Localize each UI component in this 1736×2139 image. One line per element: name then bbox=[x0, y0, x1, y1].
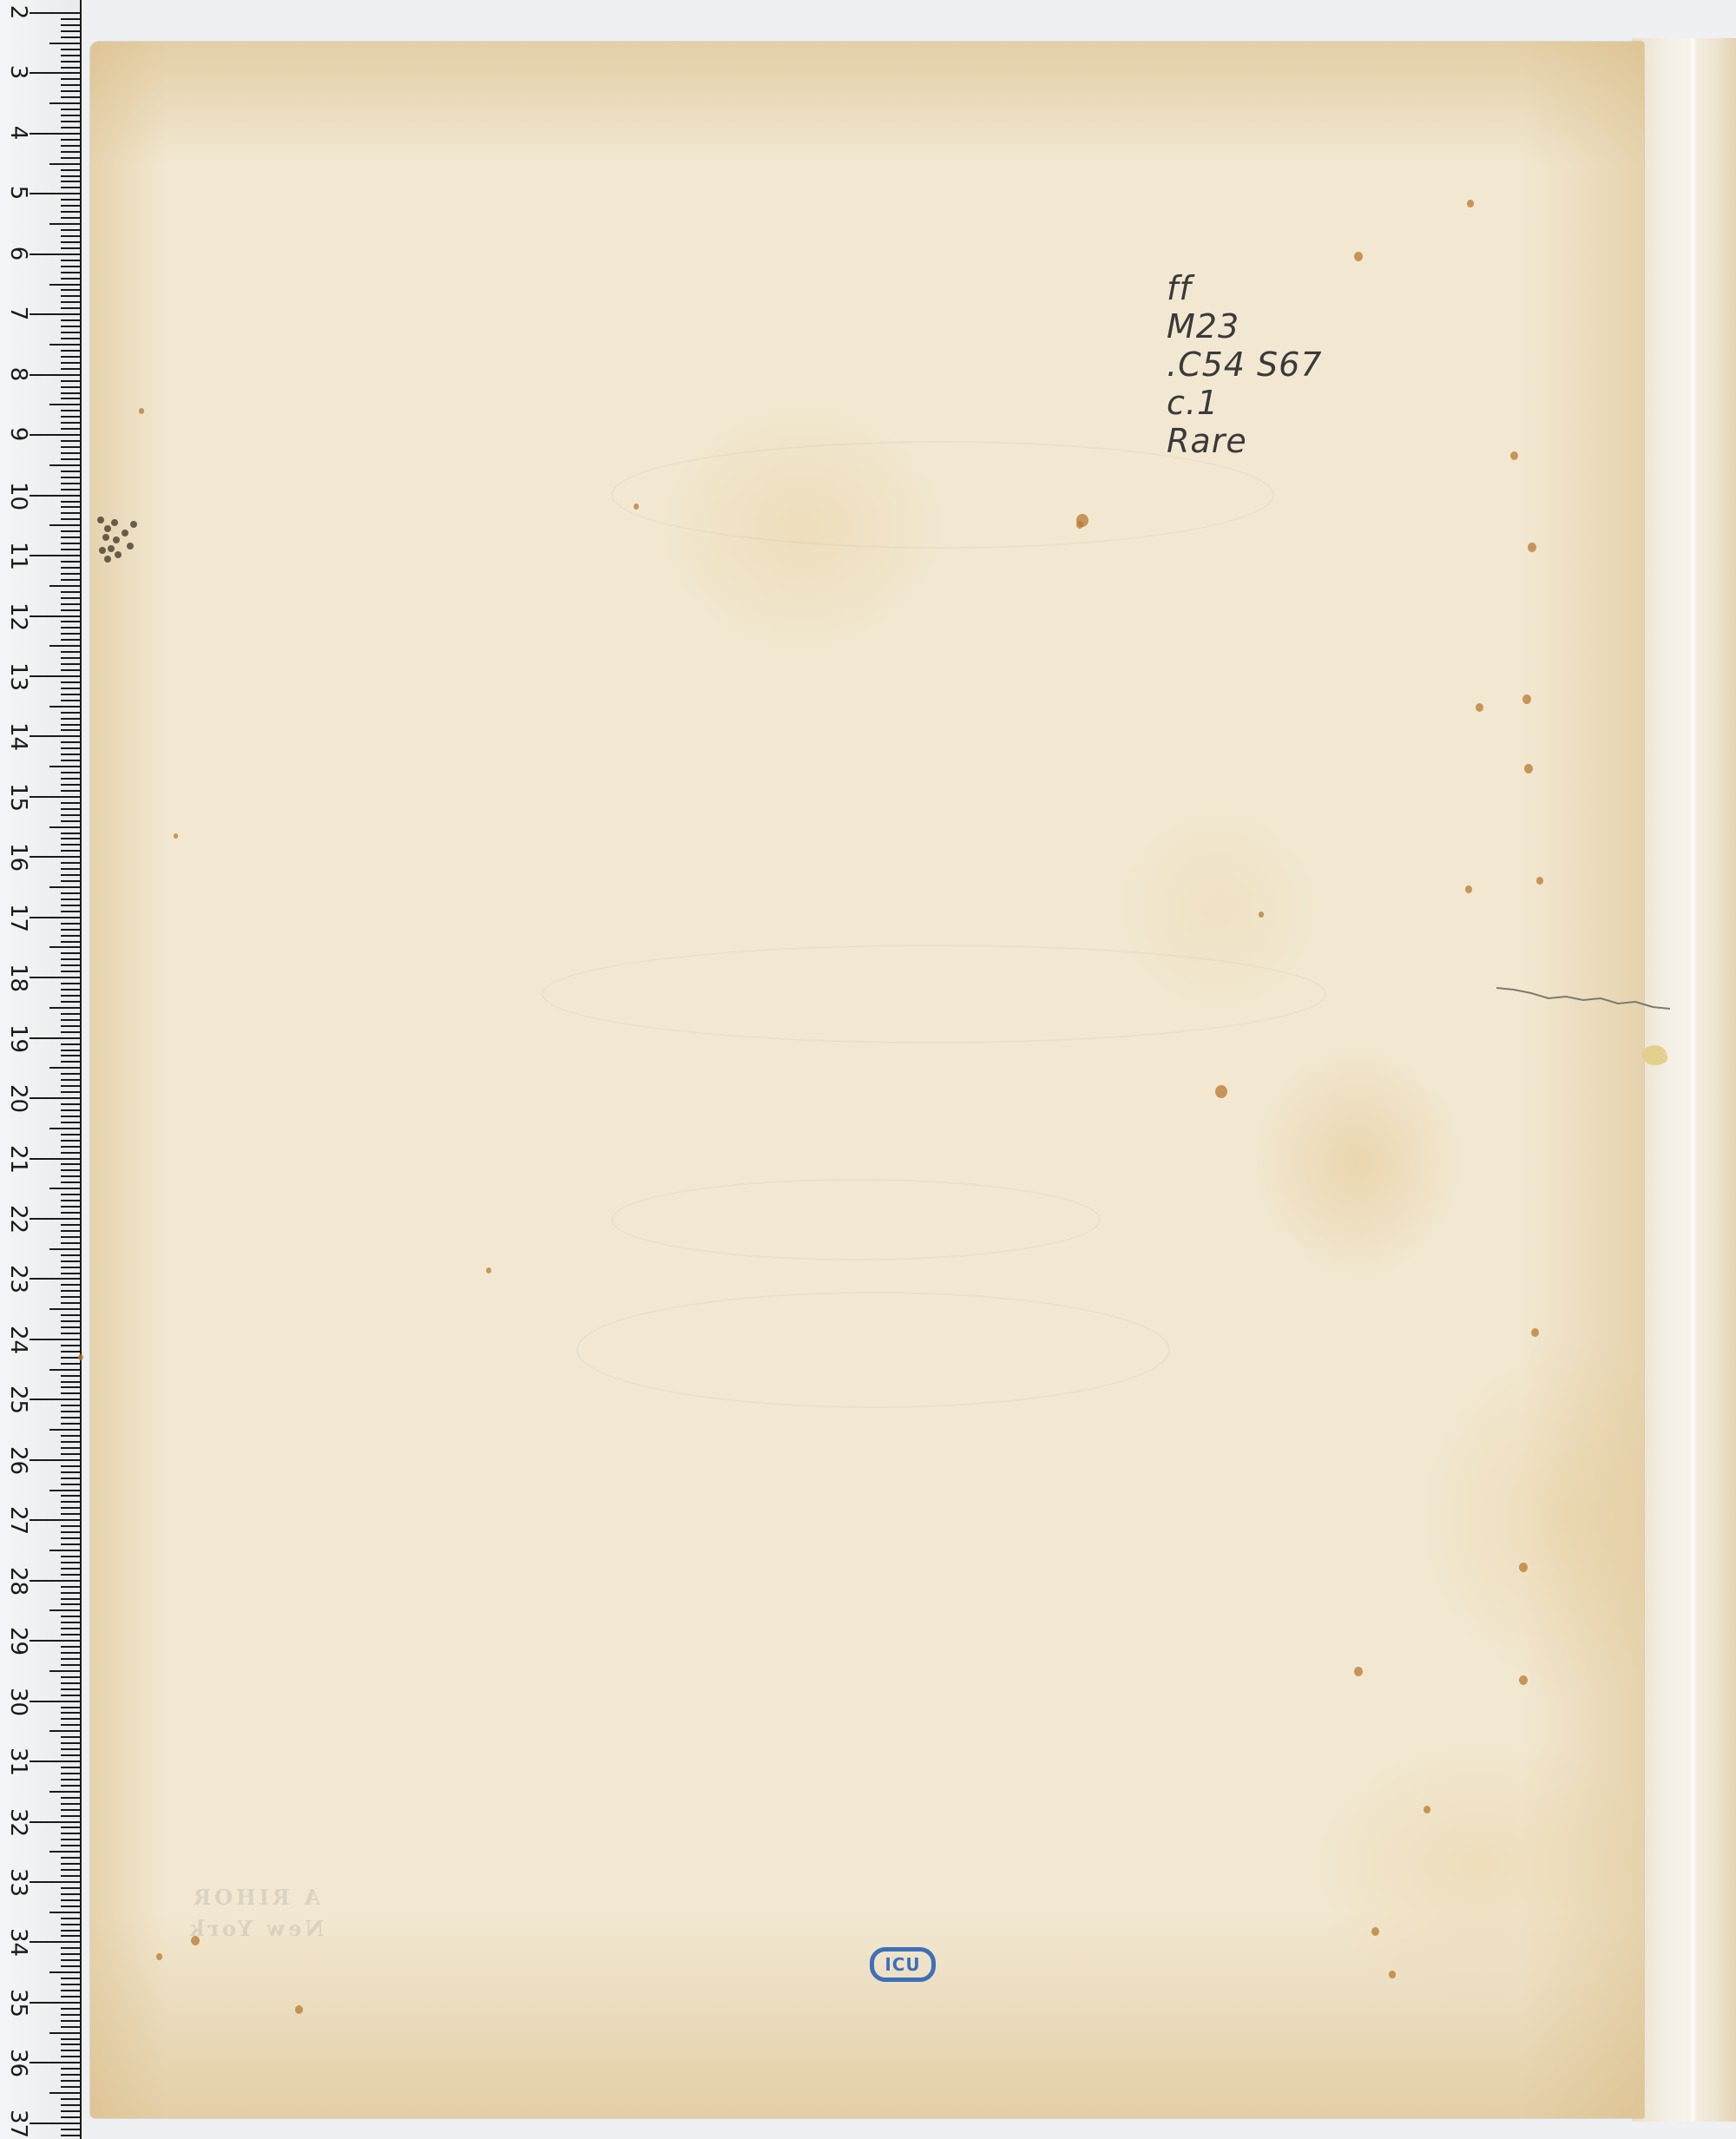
ruler-tick bbox=[61, 1357, 80, 1359]
ruler-tick bbox=[61, 1484, 80, 1485]
ruler-tick bbox=[61, 2104, 80, 2106]
ruler-tick bbox=[61, 1333, 80, 1334]
ruler-tick bbox=[61, 657, 80, 659]
ruler-tick bbox=[61, 326, 80, 327]
ruler-tick bbox=[61, 1537, 80, 1539]
ruler-tick bbox=[61, 1242, 80, 1244]
ruler-tick bbox=[61, 67, 80, 69]
ruler-tick bbox=[49, 1067, 80, 1069]
ruler-tick bbox=[30, 1459, 80, 1461]
ruler-tick bbox=[49, 1730, 80, 1732]
ruler-tick bbox=[61, 139, 80, 141]
ruler-tick bbox=[61, 2110, 80, 2112]
foxing-spot bbox=[295, 2005, 303, 2014]
ruler-tick bbox=[49, 1128, 80, 1129]
ruler-tick bbox=[61, 1574, 80, 1576]
ruler-tick bbox=[61, 958, 80, 960]
ruler-tick bbox=[49, 464, 80, 466]
ruler-tick bbox=[61, 862, 80, 864]
ruler-tick bbox=[61, 833, 80, 834]
ruler-label: 12 bbox=[5, 602, 31, 629]
ruler-tick bbox=[61, 814, 80, 816]
ruler-tick bbox=[61, 266, 80, 267]
ruler-label: 36 bbox=[5, 2049, 31, 2075]
ruler-tick bbox=[61, 651, 80, 653]
ruler-tick bbox=[61, 1447, 80, 1449]
foxing-spot bbox=[113, 536, 120, 543]
paper-sheet: A RIHOR New York ff M23 .C54 S67 c.1 Rar… bbox=[90, 42, 1644, 2118]
ruler-tick bbox=[61, 1622, 80, 1623]
ruler-tick bbox=[61, 760, 80, 761]
ruler-tick bbox=[49, 163, 80, 165]
ruler-tick bbox=[49, 1369, 80, 1371]
ruler-tick bbox=[61, 506, 80, 508]
ruler-tick bbox=[61, 332, 80, 333]
ruler-tick bbox=[49, 344, 80, 346]
ruler-tick bbox=[61, 639, 80, 641]
ruler-tick bbox=[61, 1531, 80, 1533]
ruler-label: 37 bbox=[5, 2109, 31, 2136]
ruler-tick bbox=[49, 706, 80, 708]
ruler-tick bbox=[61, 1085, 80, 1087]
ruler-tick bbox=[30, 1761, 80, 1762]
ruler-tick bbox=[61, 1959, 80, 1961]
ruler-tick bbox=[61, 350, 80, 352]
ruler-tick bbox=[61, 471, 80, 472]
ruler-tick bbox=[61, 729, 80, 731]
ruler-tick bbox=[61, 260, 80, 261]
ruler-tick bbox=[61, 241, 80, 243]
ruler-label: 15 bbox=[5, 783, 31, 809]
ruler-tick bbox=[61, 1175, 80, 1177]
ruler-tick bbox=[61, 2044, 80, 2045]
ruler-tick bbox=[61, 2038, 80, 2040]
ruler-tick bbox=[61, 1224, 80, 1226]
ruler-tick bbox=[61, 1556, 80, 1557]
foxing-spot bbox=[78, 1354, 83, 1360]
ruler-label: 27 bbox=[5, 1506, 31, 1532]
ruler-tick bbox=[61, 1109, 80, 1111]
ruler-label: 18 bbox=[5, 964, 31, 990]
ruler-label: 23 bbox=[5, 1265, 31, 1291]
ruler-tick bbox=[61, 1326, 80, 1328]
ruler-tick bbox=[61, 1845, 80, 1846]
ruler-tick bbox=[61, 1320, 80, 1322]
ruler-tick bbox=[49, 1248, 80, 1250]
ruler-tick bbox=[30, 1519, 80, 1521]
ruler-tick bbox=[30, 1399, 80, 1400]
ruler-tick bbox=[61, 923, 80, 925]
ruler-tick bbox=[61, 392, 80, 394]
ruler-tick bbox=[49, 2092, 80, 2094]
show-through-flourish bbox=[611, 1179, 1101, 1260]
ruler-tick bbox=[30, 12, 80, 14]
ruler-tick bbox=[30, 434, 80, 436]
ruler-tick bbox=[61, 115, 80, 116]
ruler-tick bbox=[61, 898, 80, 900]
ruler-tick bbox=[61, 1375, 80, 1377]
show-through-publisher-left: A RIHOR New York bbox=[142, 1882, 368, 1945]
foxing-spot bbox=[1519, 1563, 1528, 1572]
ruler-tick bbox=[61, 410, 80, 411]
ruler-tick bbox=[61, 1122, 80, 1123]
ruler-tick bbox=[61, 1061, 80, 1063]
ruler-tick bbox=[49, 1609, 80, 1611]
ruler-tick bbox=[61, 1296, 80, 1298]
binding-strip bbox=[1632, 38, 1736, 2122]
ruler-label: 5 bbox=[5, 180, 31, 206]
ruler-tick bbox=[61, 36, 80, 38]
ruler-tick bbox=[61, 1025, 80, 1027]
paper-crack bbox=[1496, 981, 1670, 1016]
ruler-tick bbox=[61, 874, 80, 876]
ruler-tick bbox=[61, 211, 80, 213]
ruler-tick bbox=[61, 2074, 80, 2076]
ruler-label: 4 bbox=[5, 120, 31, 146]
ruler-tick bbox=[61, 700, 80, 701]
ruler-label: 6 bbox=[5, 240, 31, 267]
ruler-tick bbox=[61, 1453, 80, 1455]
ruler-tick bbox=[61, 1405, 80, 1406]
ruler-tick bbox=[61, 301, 80, 303]
ruler-tick bbox=[61, 1507, 80, 1509]
ruler-tick bbox=[61, 199, 80, 201]
ruler-tick bbox=[61, 935, 80, 937]
ruler-tick bbox=[61, 235, 80, 237]
ruler-tick bbox=[61, 1809, 80, 1811]
ruler-tick bbox=[61, 2008, 80, 2010]
ruler-tick bbox=[61, 1351, 80, 1353]
ruler-tick bbox=[49, 284, 80, 286]
ruler-tick bbox=[61, 688, 80, 689]
ruler-tick bbox=[61, 1260, 80, 1262]
ruler-tick bbox=[61, 1169, 80, 1171]
ruler-tick bbox=[61, 1423, 80, 1425]
foxing-spot bbox=[1424, 1806, 1430, 1813]
ruler-tick bbox=[61, 1724, 80, 1726]
ruler-tick bbox=[61, 778, 80, 780]
ruler-tick bbox=[61, 905, 80, 906]
ruler-tick bbox=[61, 127, 80, 128]
ruler-tick bbox=[61, 543, 80, 544]
ruler-tick bbox=[61, 2014, 80, 2016]
ruler-label: 8 bbox=[5, 361, 31, 387]
ruler-tick bbox=[61, 1284, 80, 1286]
ruler-tick bbox=[30, 1278, 80, 1280]
ruler-tick bbox=[61, 1603, 80, 1605]
ruler-label: 32 bbox=[5, 1808, 31, 1834]
foxing-spot bbox=[1519, 1675, 1528, 1685]
ruler-tick bbox=[61, 1984, 80, 1985]
ruler-tick bbox=[61, 1826, 80, 1828]
call-number-line: .C54 S67 bbox=[1167, 346, 1323, 384]
ruler-label: 7 bbox=[5, 300, 31, 326]
ruler-tick bbox=[61, 289, 80, 291]
ruler-label: 17 bbox=[5, 904, 31, 930]
ruler-tick bbox=[30, 796, 80, 798]
ruler-tick bbox=[61, 1146, 80, 1148]
ruler-tick bbox=[61, 175, 80, 177]
foxing-spot bbox=[139, 408, 144, 414]
ruler-tick bbox=[30, 1580, 80, 1582]
foxing-spot bbox=[156, 1953, 162, 1960]
ruler-label: 35 bbox=[5, 1989, 31, 2015]
ruler-tick bbox=[49, 1791, 80, 1793]
ruler-tick bbox=[61, 1869, 80, 1871]
ruler-tick bbox=[61, 1996, 80, 1997]
ruler-tick bbox=[30, 1037, 80, 1039]
ruler-tick bbox=[61, 30, 80, 32]
ruler-tick bbox=[30, 253, 80, 255]
foxing-spot bbox=[634, 503, 639, 510]
ruler-tick bbox=[61, 356, 80, 358]
ruler-tick bbox=[61, 1664, 80, 1666]
ruler-tick bbox=[61, 1918, 80, 1919]
ruler-tick bbox=[61, 1688, 80, 1690]
show-through-line: New York bbox=[142, 1913, 368, 1945]
ruler-tick bbox=[61, 386, 80, 388]
ruler-tick bbox=[49, 886, 80, 888]
ruler-tick bbox=[61, 838, 80, 839]
ruler-tick bbox=[61, 217, 80, 219]
ruler-label: 20 bbox=[5, 1084, 31, 1110]
ruler-tick bbox=[61, 1815, 80, 1817]
ruler-tick bbox=[61, 1152, 80, 1154]
foxing-spot bbox=[1259, 912, 1264, 918]
ruler-tick bbox=[61, 1965, 80, 1967]
handwritten-call-number: ff M23 .C54 S67 c.1 Rare bbox=[1167, 269, 1323, 460]
ruler-tick bbox=[61, 512, 80, 514]
measurement-ruler: 2345678910111213141516171819202122232425… bbox=[0, 0, 82, 2139]
foxing-spot bbox=[1522, 694, 1531, 704]
ruler-tick bbox=[61, 2098, 80, 2100]
ruler-tick bbox=[30, 1701, 80, 1702]
ruler-tick bbox=[61, 278, 80, 280]
ruler-label: 16 bbox=[5, 843, 31, 869]
ruler-tick bbox=[49, 645, 80, 647]
foxing-spot bbox=[1371, 1927, 1379, 1936]
ruler-tick bbox=[61, 1386, 80, 1388]
ruler-tick bbox=[61, 1742, 80, 1744]
ruler-tick bbox=[61, 2026, 80, 2028]
ruler-tick bbox=[61, 1134, 80, 1135]
ruler-tick bbox=[49, 826, 80, 828]
ruler-tick bbox=[49, 585, 80, 587]
foxing-spot bbox=[97, 517, 104, 523]
ruler-tick bbox=[61, 1736, 80, 1738]
ruler-tick bbox=[30, 313, 80, 315]
ruler-tick bbox=[61, 772, 80, 773]
ruler-tick bbox=[61, 1302, 80, 1304]
ruler-label: 34 bbox=[5, 1928, 31, 1954]
ruler-tick bbox=[61, 362, 80, 364]
ruler-tick bbox=[61, 663, 80, 665]
call-number-line: Rare bbox=[1167, 422, 1323, 460]
ruler-tick bbox=[61, 2068, 80, 2070]
ruler-tick bbox=[61, 477, 80, 478]
ruler-tick bbox=[61, 724, 80, 726]
ruler-tick bbox=[30, 615, 80, 617]
ruler-label: 25 bbox=[5, 1385, 31, 1412]
ruler-label: 21 bbox=[5, 1145, 31, 1171]
ruler-tick bbox=[61, 1634, 80, 1636]
ruler-tick bbox=[61, 1598, 80, 1600]
ruler-tick bbox=[61, 229, 80, 231]
ruler-tick bbox=[61, 1658, 80, 1660]
ruler-label: 24 bbox=[5, 1326, 31, 1352]
ruler-tick bbox=[61, 1345, 80, 1346]
foxing-spot bbox=[115, 551, 122, 558]
ruler-tick bbox=[61, 151, 80, 153]
ruler-tick bbox=[61, 633, 80, 635]
ruler-tick bbox=[61, 1863, 80, 1865]
ruler-tick bbox=[61, 1116, 80, 1117]
foxing-spot bbox=[1076, 521, 1083, 529]
ruler-tick bbox=[61, 1893, 80, 1895]
ruler-tick bbox=[61, 1163, 80, 1165]
ruler-tick bbox=[61, 295, 80, 297]
ruler-tick bbox=[61, 398, 80, 399]
ruler-tick bbox=[61, 820, 80, 822]
ruler-tick bbox=[61, 1712, 80, 1714]
ruler-tick bbox=[61, 452, 80, 454]
ruler-tick bbox=[61, 741, 80, 743]
ruler-tick bbox=[61, 2129, 80, 2130]
ruler-label: 9 bbox=[5, 421, 31, 447]
ruler-tick bbox=[61, 530, 80, 532]
ruler-tick bbox=[61, 1978, 80, 1979]
ruler-tick bbox=[61, 440, 80, 442]
ruler-tick bbox=[61, 681, 80, 683]
ruler-tick bbox=[61, 1586, 80, 1588]
ruler-tick bbox=[61, 518, 80, 520]
ruler-tick bbox=[61, 1230, 80, 1232]
ruler-tick bbox=[61, 1616, 80, 1617]
foxing-spot bbox=[1467, 200, 1474, 207]
ruler-tick bbox=[61, 536, 80, 538]
ruler-tick bbox=[30, 1158, 80, 1160]
foxing-spot bbox=[1465, 885, 1472, 893]
foxing-spot bbox=[108, 545, 115, 552]
foxing-spot bbox=[1531, 1328, 1539, 1337]
foxing-spot bbox=[1215, 1085, 1227, 1098]
ruler-tick bbox=[61, 880, 80, 882]
ruler-label: 22 bbox=[5, 1205, 31, 1231]
call-number-line: M23 bbox=[1167, 307, 1323, 346]
ruler-tick bbox=[61, 747, 80, 749]
ruler-tick bbox=[61, 1001, 80, 1003]
ruler-tick bbox=[61, 1073, 80, 1075]
ruler-tick bbox=[61, 1314, 80, 1316]
ruler-tick bbox=[61, 169, 80, 171]
ruler-tick bbox=[61, 579, 80, 581]
ruler-tick bbox=[61, 307, 80, 309]
ruler-tick bbox=[61, 2050, 80, 2051]
ruler-tick bbox=[61, 272, 80, 273]
ruler-tick bbox=[61, 868, 80, 870]
ruler-tick bbox=[61, 1043, 80, 1045]
library-stamp: ICU bbox=[870, 1947, 936, 1982]
ruler-label: 26 bbox=[5, 1446, 31, 1472]
ruler-tick bbox=[61, 952, 80, 954]
foxing-spot bbox=[1476, 703, 1483, 712]
foxing-spot bbox=[1389, 1971, 1396, 1978]
ruler-tick bbox=[61, 61, 80, 63]
ruler-tick bbox=[61, 1392, 80, 1394]
ruler-tick bbox=[61, 1754, 80, 1756]
ruler-tick bbox=[61, 157, 80, 159]
ruler-tick bbox=[61, 718, 80, 720]
ruler-tick bbox=[61, 1628, 80, 1629]
ruler-tick bbox=[61, 1273, 80, 1274]
ruler-tick bbox=[49, 404, 80, 405]
ruler-tick bbox=[61, 1236, 80, 1238]
ruler-tick bbox=[61, 501, 80, 503]
ruler-tick bbox=[61, 911, 80, 912]
ruler-tick bbox=[61, 1181, 80, 1183]
ruler-tick bbox=[61, 446, 80, 448]
ruler-tick bbox=[61, 1875, 80, 1877]
ruler-tick bbox=[61, 712, 80, 714]
ruler-tick bbox=[61, 1899, 80, 1901]
ruler-tick bbox=[61, 2086, 80, 2088]
ruler-tick bbox=[61, 1839, 80, 1840]
ruler-tick bbox=[61, 1411, 80, 1412]
ruler-tick bbox=[61, 2020, 80, 2022]
ruler-tick bbox=[61, 84, 80, 86]
foxing-spot bbox=[130, 521, 137, 528]
ruler-label: 30 bbox=[5, 1688, 31, 1714]
ruler-tick bbox=[61, 844, 80, 846]
ruler-tick bbox=[61, 483, 80, 484]
ruler-tick bbox=[61, 694, 80, 695]
ruler-tick bbox=[61, 1695, 80, 1696]
ruler-tick bbox=[61, 1013, 80, 1015]
ruler-tick bbox=[61, 1055, 80, 1056]
ruler-tick bbox=[61, 808, 80, 810]
ruler-tick bbox=[30, 917, 80, 918]
ruler-tick bbox=[61, 1930, 80, 1932]
ruler-tick bbox=[61, 1652, 80, 1654]
ruler-tick bbox=[61, 1779, 80, 1780]
ruler-tick bbox=[61, 2056, 80, 2057]
ruler-tick bbox=[61, 597, 80, 599]
ruler-tick bbox=[49, 1851, 80, 1853]
ruler-tick bbox=[49, 946, 80, 948]
ruler-label: 2 bbox=[5, 0, 31, 25]
ruler-tick bbox=[61, 1019, 80, 1021]
ruler-tick bbox=[61, 850, 80, 852]
ruler-tick bbox=[61, 1905, 80, 1907]
foxing-spot bbox=[1528, 543, 1536, 552]
ruler-tick bbox=[61, 1748, 80, 1750]
ruler-tick bbox=[49, 1971, 80, 1973]
ruler-tick bbox=[61, 1103, 80, 1105]
ruler-tick bbox=[61, 1441, 80, 1443]
ruler-label: 29 bbox=[5, 1627, 31, 1653]
ruler-tick bbox=[30, 2062, 80, 2063]
ruler-tick bbox=[61, 2116, 80, 2118]
ruler-tick bbox=[30, 2123, 80, 2124]
ruler-tick bbox=[61, 983, 80, 984]
ruler-tick bbox=[30, 133, 80, 135]
ruler-label: 33 bbox=[5, 1868, 31, 1894]
ruler-tick bbox=[61, 416, 80, 418]
ruler-tick bbox=[61, 603, 80, 605]
ruler-tick bbox=[61, 1887, 80, 1889]
ruler-tick bbox=[30, 193, 80, 194]
ruler-tick bbox=[61, 1797, 80, 1799]
